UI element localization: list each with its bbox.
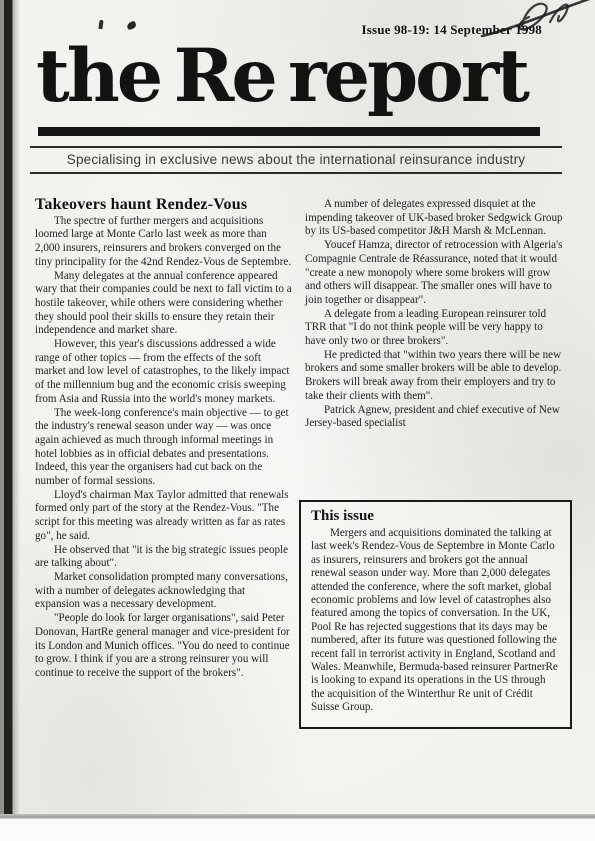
article-paragraph: The week-long conference's main objectiv… — [35, 407, 292, 489]
article-paragraph: A delegate from a leading European reins… — [305, 308, 565, 349]
newsletter-page: Issue 98-19: 14 September 1998 the Re re… — [0, 0, 595, 841]
this-issue-box: This issue Mergers and acquisitions domi… — [299, 500, 572, 729]
article-paragraph: Youcef Hamza, director of retrocession w… — [305, 239, 565, 308]
masthead-rule — [38, 127, 540, 136]
article-paragraph: However, this year's discussions address… — [35, 338, 292, 407]
article-paragraph: Market consolidation prompted many conve… — [35, 571, 292, 612]
this-issue-body: Mergers and acquisitions dominated the t… — [311, 527, 560, 715]
article-right-column: A number of delegates expressed disquiet… — [305, 198, 565, 431]
this-issue-heading: This issue — [311, 508, 560, 525]
tagline: Specialising in exclusive news about the… — [30, 146, 562, 174]
article-headline: Takeovers haunt Rendez-Vous — [35, 198, 292, 212]
article-paragraph: Lloyd's chairman Max Taylor admitted tha… — [35, 489, 292, 544]
scan-artifact — [98, 20, 103, 29]
article-paragraph: A number of delegates expressed disquiet… — [305, 198, 565, 239]
article-paragraph: He predicted that "within two years ther… — [305, 349, 565, 404]
article-left-column: Takeovers haunt Rendez-Vous The spectre … — [35, 198, 292, 681]
page-edge-shadow — [0, 0, 20, 841]
article-paragraph: Patrick Agnew, president and chief execu… — [305, 404, 565, 431]
masthead-title: the Re report — [36, 40, 527, 113]
article-paragraph: Many delegates at the annual conference … — [35, 270, 292, 339]
article-paragraph: He observed that "it is the big strategi… — [35, 544, 292, 571]
bottom-paper-strip — [0, 819, 595, 841]
article-paragraph: The spectre of further mergers and acqui… — [35, 215, 292, 270]
article-paragraph: "People do look for larger organisations… — [35, 612, 292, 681]
scan-artifact — [126, 21, 137, 31]
